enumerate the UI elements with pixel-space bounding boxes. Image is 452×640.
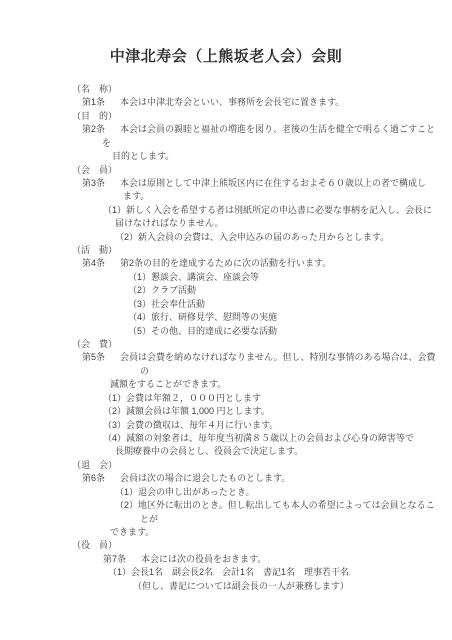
- article-number: 第5条: [82, 351, 120, 364]
- section-heading: （目 的）: [0, 110, 452, 123]
- item-line: （2）地区外に転出のとき。但し転出しても本人の希望によっては会員となるこ: [0, 499, 452, 512]
- continuation-line: とが: [0, 513, 452, 526]
- article-line: 第7条本会には次の役員をおきます。: [0, 553, 452, 566]
- continuation-line: 届けなければなりません。: [0, 217, 452, 230]
- section-heading: （会 員）: [0, 164, 452, 177]
- document-body: （名 称）第1条本会は中津北寿会といい、事務所を会長宅に置きます。（目 的）第2…: [0, 83, 452, 593]
- item-line: （1）会費は年額２，０００円とします: [0, 392, 452, 405]
- article-line: 第6条会員は次の場合に退会したものとします。: [0, 472, 452, 485]
- article-number: 第6条: [82, 472, 120, 485]
- section-heading: （会 費）: [0, 338, 452, 351]
- article-text: 会員は会費を納めなければなりません。但し、特別な事情のある場合は、会費: [120, 352, 436, 362]
- section-heading: （名 称）: [0, 83, 452, 96]
- article-text: 会員は次の場合に退会したものとします。: [120, 473, 290, 483]
- article-number: 第7条: [103, 553, 141, 566]
- continuation-line: （但し、書記については副会長の一人が兼務します）: [0, 580, 452, 593]
- article-text: 本会には次の役員をおきます。: [141, 554, 266, 564]
- continuation-line: を: [0, 137, 452, 150]
- continuation-line: 長期療養中の会員とし、役員会で決定します。: [0, 445, 452, 458]
- document-title: 中津北寿会（上熊坂老人会）会則: [0, 45, 452, 66]
- item-line: （1）会長1名 副会長2名 会計1名 書記1名 理事若干名: [0, 566, 452, 579]
- article-text: 本会は中津北寿会といい、事務所を会長宅に置きます。: [120, 97, 344, 107]
- item-line: （2）クラブ活動: [0, 284, 452, 297]
- item-line: （5）その他、目的達成に必要な活動: [0, 325, 452, 338]
- section-heading: （役 員）: [0, 539, 452, 552]
- continuation-line: の: [0, 365, 452, 378]
- article-line: 第1条本会は中津北寿会といい、事務所を会長宅に置きます。: [0, 96, 452, 109]
- continuation-line: ます。: [0, 190, 452, 203]
- article-number: 第3条: [82, 177, 120, 190]
- article-line: 第3条本会は原則として中津上熊坂区内に在住するおよそ６０歳以上の者で構成し: [0, 177, 452, 190]
- section-heading: （活 動）: [0, 244, 452, 257]
- item-line: （4）旅行、研修見学、慰問等の実施: [0, 311, 452, 324]
- section-heading: （退 会）: [0, 459, 452, 472]
- article-number: 第2条: [82, 123, 120, 136]
- document-page: 中津北寿会（上熊坂老人会）会則 （名 称）第1条本会は中津北寿会といい、事務所を…: [0, 0, 452, 640]
- item-line: （3）社会奉仕活動: [0, 298, 452, 311]
- continuation-line: できます。: [0, 526, 452, 539]
- article-number: 第4条: [82, 257, 120, 270]
- article-text: 本会は原則として中津上熊坂区内に在住するおよそ６０歳以上の者で構成し: [120, 178, 426, 188]
- item-line: （2）減額会員は年額 1,000 円とします。: [0, 405, 452, 418]
- item-line: （1）退会の申し出があったとき。: [0, 486, 452, 499]
- article-line: 第4条第2条の目的を達成するために次の活動を行います。: [0, 257, 452, 270]
- item-line: （1）新しく入会を希望する者は別紙所定の申込書に必要な事柄を記入し、会長に: [0, 204, 452, 217]
- article-text: 本会は会員の親睦と福祉の増進を図り、老後の生活を健全で明るく過ごすこと: [120, 124, 435, 134]
- continuation-line: 目的とします。: [0, 150, 452, 163]
- item-line: （1）懇談会、講演会、座談会等: [0, 271, 452, 284]
- continuation-line: 減額をすることができます。: [0, 378, 452, 391]
- item-line: （4）減額の対象者は、毎年度当初満８５歳以上の会員および心身の障害等で: [0, 432, 452, 445]
- item-line: （3）会費の徴収は、毎年４月に行います。: [0, 419, 452, 432]
- article-line: 第2条本会は会員の親睦と福祉の増進を図り、老後の生活を健全で明るく過ごすこと: [0, 123, 452, 136]
- article-line: 第5条会員は会費を納めなければなりません。但し、特別な事情のある場合は、会費: [0, 351, 452, 364]
- article-text: 第2条の目的を達成するために次の活動を行います。: [120, 258, 331, 268]
- item-line: （2）新入会員の会費は、入会申込みの届のあった月からとします。: [0, 231, 452, 244]
- article-number: 第1条: [82, 96, 120, 109]
